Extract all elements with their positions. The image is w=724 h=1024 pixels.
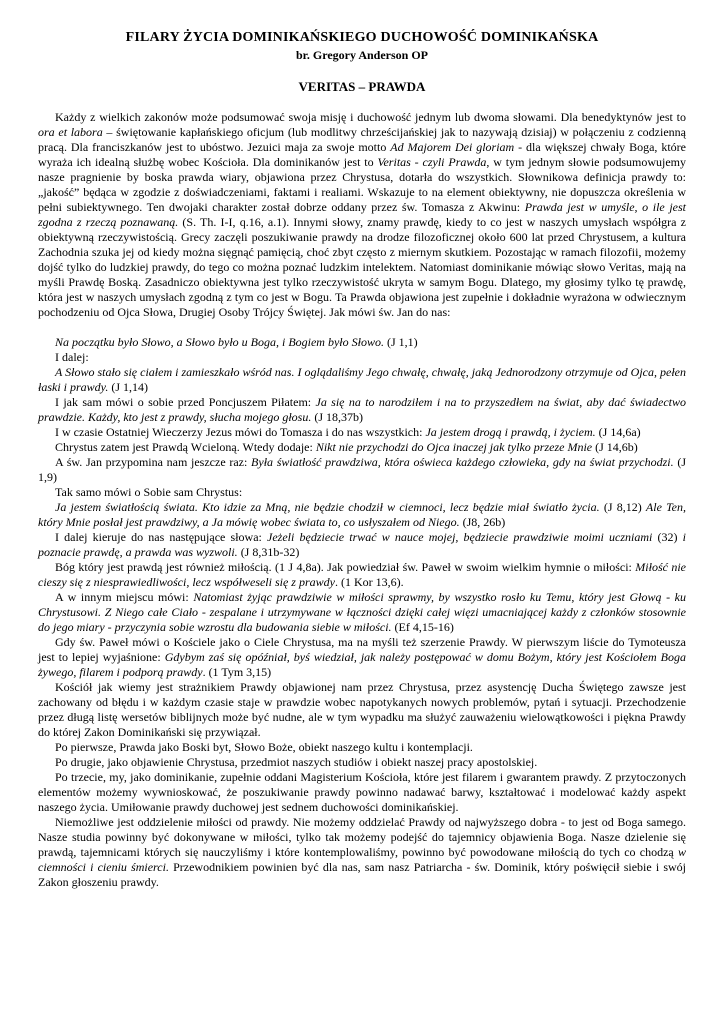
body-text: I w czasie Ostatniej Wieczerzy Jezus mów… xyxy=(55,425,425,439)
quote-text: Była światłość prawdziwa, która oświeca … xyxy=(251,455,674,469)
paragraph: Niemożliwe jest oddzielenie miłości od p… xyxy=(38,815,686,890)
document-author: br. Gregory Anderson OP xyxy=(38,48,686,63)
paragraph: Na początku było Słowo, a Słowo było u B… xyxy=(38,335,686,350)
quote-text: Na początku było Słowo, a Słowo było u B… xyxy=(55,335,384,349)
body-text: . (1 Tym 3,15) xyxy=(203,665,272,679)
document-page: FILARY ŻYCIA DOMINIKAŃSKIEGO DUCHOWOŚĆ D… xyxy=(0,0,724,1024)
paragraph: Każdy z wielkich zakonów może podsumować… xyxy=(38,110,686,320)
paragraph: Kościół jak wiemy jest strażnikiem Prawd… xyxy=(38,680,686,740)
quote-text: ora et labora xyxy=(38,125,103,139)
paragraph: Gdy św. Paweł mówi o Kościele jako o Cie… xyxy=(38,635,686,680)
paragraph: Tak samo mówi o Sobie sam Chrystus: xyxy=(38,485,686,500)
body-text: Po pierwsze, Prawda jako Boski byt, Słow… xyxy=(55,740,473,754)
document-title: FILARY ŻYCIA DOMINIKAŃSKIEGO DUCHOWOŚĆ D… xyxy=(38,30,686,46)
paragraph: I jak sam mówi o sobie przed Poncjuszem … xyxy=(38,395,686,425)
paragraph: Chrystus zatem jest Prawdą Wcieloną. Wte… xyxy=(38,440,686,455)
paragraph: I dalej kieruje do nas następujące słowa… xyxy=(38,530,686,560)
body-text: Niemożliwe jest oddzielenie miłości od p… xyxy=(38,815,686,859)
body-text: I jak sam mówi o sobie przed Poncjuszem … xyxy=(55,395,316,409)
paragraph: Po drugie, jako objawienie Chrystusa, pr… xyxy=(38,755,686,770)
paragraph: I w czasie Ostatniej Wieczerzy Jezus mów… xyxy=(38,425,686,440)
paragraph: I dalej: xyxy=(38,350,686,365)
section-heading: VERITAS – PRAWDA xyxy=(38,79,686,95)
paragraph: Po trzecie, my, jako dominikanie, zupełn… xyxy=(38,770,686,815)
paragraph: Bóg który jest prawdą jest również miłoś… xyxy=(38,560,686,590)
body-text: (J 18,37b) xyxy=(311,410,363,424)
quote-text: Veritas - czyli Prawda xyxy=(377,155,486,169)
paragraph: Po pierwsze, Prawda jako Boski byt, Słow… xyxy=(38,740,686,755)
body-text: Po drugie, jako objawienie Chrystusa, pr… xyxy=(55,755,537,769)
quote-text: Jeżeli będziecie trwać w nauce mojej, bę… xyxy=(267,530,657,544)
body-text: Kościół jak wiemy jest strażnikiem Prawd… xyxy=(38,680,686,739)
body-text: I dalej: xyxy=(55,350,89,364)
body-text: (J 1,14) xyxy=(108,380,148,394)
paragraph: A w innym miejscu mówi: Natomiast żyjąc … xyxy=(38,590,686,635)
body-text: (32) xyxy=(658,530,683,544)
document-body: Każdy z wielkich zakonów może podsumować… xyxy=(38,110,686,890)
paragraph: A Słowo stało się ciałem i zamieszkało w… xyxy=(38,365,686,395)
body-text: I dalej kieruje do nas następujące słowa… xyxy=(55,530,267,544)
body-text: Bóg który jest prawdą jest również miłoś… xyxy=(55,560,635,574)
quote-text: Ad Majorem Dei gloriam xyxy=(390,140,514,154)
body-text: Po trzecie, my, jako dominikanie, zupełn… xyxy=(38,770,686,814)
quote-text: Nikt nie przychodzi do Ojca inaczej jak … xyxy=(316,440,592,454)
body-text: Tak samo mówi o Sobie sam Chrystus: xyxy=(55,485,242,499)
body-text: (Ef 4,15-16) xyxy=(392,620,454,634)
body-text: (J 8,31b-32) xyxy=(238,545,300,559)
body-text: A w innym miejscu mówi: xyxy=(55,590,193,604)
body-text: A św. Jan przypomina nam jeszcze raz: xyxy=(55,455,251,469)
body-text: (J 8,12) xyxy=(600,500,646,514)
quote-text: Ja jestem drogą i prawdą, i życiem. xyxy=(425,425,595,439)
quote-text: Ja jestem światłością świata. Kto idzie … xyxy=(55,500,600,514)
body-text: (J 1,1) xyxy=(384,335,418,349)
paragraph: Ja jestem światłością świata. Kto idzie … xyxy=(38,500,686,530)
paragraph: A św. Jan przypomina nam jeszcze raz: By… xyxy=(38,455,686,485)
body-text: Chrystus zatem jest Prawdą Wcieloną. Wte… xyxy=(55,440,316,454)
body-text: (S. Th. I-I, q.16, a.1). Innymi słowy, z… xyxy=(38,215,686,319)
body-text: Każdy z wielkich zakonów może podsumować… xyxy=(55,110,686,124)
body-text: . (1 Kor 13,6). xyxy=(335,575,404,589)
body-text: (J8, 26b) xyxy=(460,515,506,529)
body-text: (J 14,6a) xyxy=(596,425,641,439)
body-text: (J 14,6b) xyxy=(592,440,638,454)
